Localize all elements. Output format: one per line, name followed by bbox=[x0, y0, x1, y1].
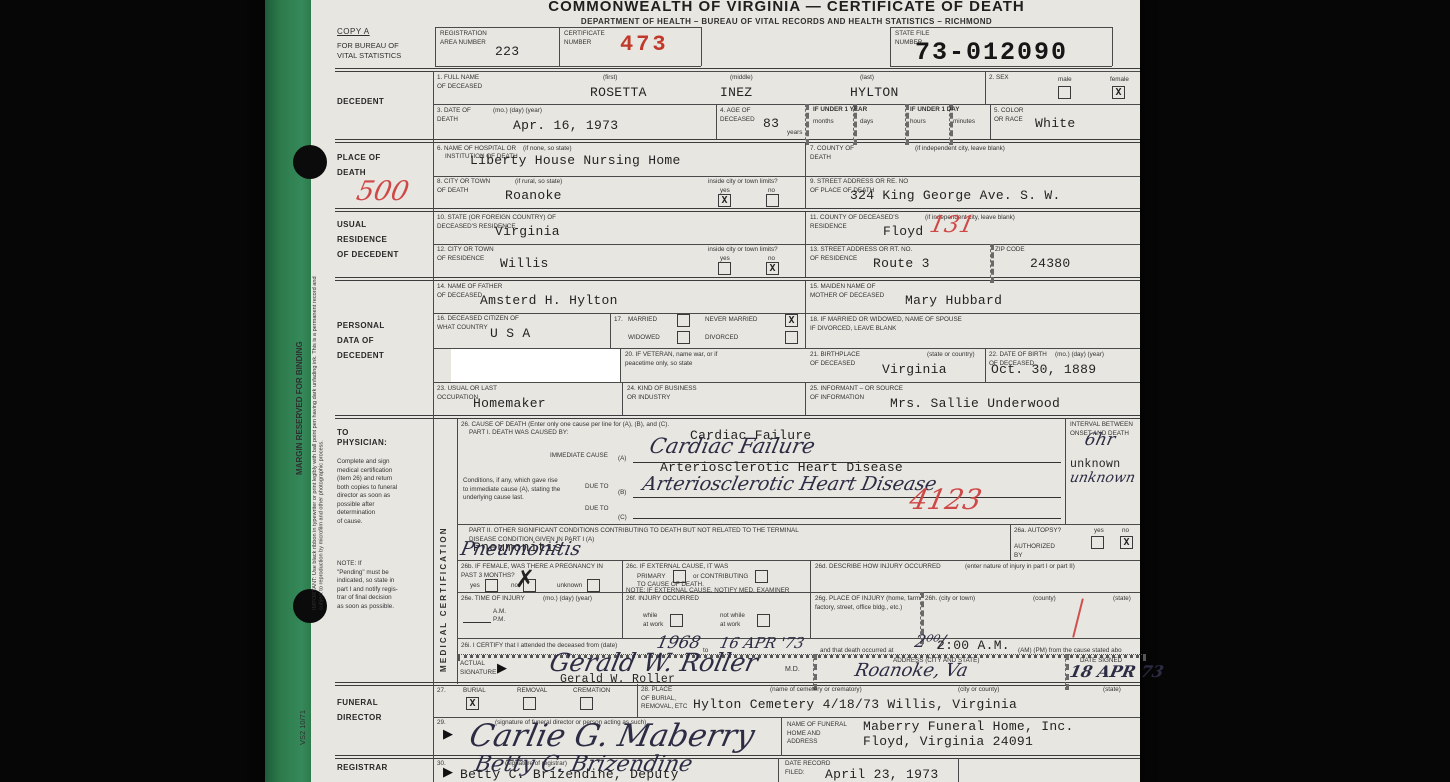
certificate-number-label: CERTIFICATE NUMBER bbox=[564, 30, 605, 47]
field18-label: 18. IF MARRIED OR WIDOWED, NAME OF SPOUS… bbox=[810, 316, 962, 333]
time-pm-label: P.M. bbox=[493, 616, 505, 625]
while-at-work-label: while at work bbox=[643, 612, 663, 629]
field12-label: 12. CITY OR TOWN OF RESIDENCE bbox=[437, 246, 494, 263]
field21-label: 21. BIRTHPLACE OF DECEASED bbox=[810, 351, 860, 368]
under-day-label: IF UNDER 1 DAY bbox=[910, 106, 959, 115]
autopsy-no-label: no bbox=[1122, 527, 1129, 536]
city-of-death-value: Roanoke bbox=[505, 188, 562, 203]
zip-label: ZIP CODE bbox=[995, 246, 1025, 255]
sex-female-label: female bbox=[1110, 76, 1129, 85]
field5-label: 5. COLOR OR RACE bbox=[994, 107, 1023, 124]
while-at-work-checkbox bbox=[670, 614, 683, 627]
field28-hint3: (state) bbox=[1103, 686, 1121, 695]
sex-male-label: male bbox=[1058, 76, 1072, 85]
part2-handwritten: Pneumonitis bbox=[459, 538, 583, 560]
never-married-checkbox: X bbox=[785, 314, 798, 327]
side-physician-note: Complete and sign medical certification … bbox=[337, 458, 432, 526]
contributing-checkbox bbox=[755, 570, 768, 583]
not-while-at-work-checkbox bbox=[757, 614, 770, 627]
scan-background: MARGIN RESERVED FOR BINDING IMPORTANT: U… bbox=[0, 0, 1450, 782]
actual-signature-label: ACTUAL SIGNATURE bbox=[460, 660, 496, 677]
autopsy-yes-label: yes bbox=[1094, 527, 1104, 536]
last-name-value: HYLTON bbox=[850, 85, 899, 100]
due-to-c-label: DUE TO bbox=[585, 505, 609, 514]
cause-b-handwritten: Arteriosclerotic Heart Disease bbox=[641, 473, 939, 495]
field26d-label: 26d. DESCRIBE HOW INJURY OCCURRED bbox=[815, 563, 941, 572]
divorced-label: DIVORCED bbox=[705, 334, 738, 343]
field1-label: 1. FULL NAME OF DECEASED bbox=[437, 74, 482, 91]
informant-value: Mrs. Sallie Underwood bbox=[890, 396, 1060, 411]
field26e-hints: (mo.) (day) (year) bbox=[543, 595, 592, 604]
removal-label: REMOVAL bbox=[517, 687, 547, 696]
funeral-home-value: Maberry Funeral Home, Inc. Floyd, Virgin… bbox=[863, 719, 1074, 749]
margin-important-text: IMPORTANT: Use black ribbon in typewrite… bbox=[312, 275, 326, 610]
date-filed-label: DATE RECORD FILED: bbox=[785, 760, 830, 777]
certificate-subtitle: DEPARTMENT OF HEALTH – BUREAU OF VITAL R… bbox=[433, 17, 1140, 27]
field3-hints: (mo.) (day) (year) bbox=[493, 107, 542, 116]
due-to-b-label: DUE TO bbox=[585, 483, 609, 492]
funeral-home-label: NAME OF FUNERAL HOME AND ADDRESS bbox=[787, 721, 847, 747]
signature-pointer-icon: ▶ bbox=[497, 660, 507, 676]
date-of-birth-value: Oct. 30, 1889 bbox=[991, 362, 1096, 377]
field1-middle-hint: (middle) bbox=[730, 74, 753, 83]
field21-hint: (state or country) bbox=[927, 351, 975, 360]
autopsy-authorized-label: AUTHORIZED BY bbox=[1014, 543, 1055, 560]
res-limits-yes-checkbox bbox=[718, 262, 731, 275]
side-pending-note: NOTE: If "Pending" must be indicated, so… bbox=[337, 560, 432, 611]
field25-label: 25. INFORMANT – OR SOURCE OF INFORMATION bbox=[810, 385, 903, 402]
side-to-physician: TO PHYSICIAN: bbox=[337, 428, 387, 449]
injury-state-hint: (state) bbox=[1113, 595, 1131, 604]
hole-punch-top bbox=[293, 145, 327, 179]
side-decedent: DECEDENT bbox=[337, 94, 384, 109]
side-funeral-director: FUNERAL DIRECTOR bbox=[337, 695, 382, 725]
cause-c-tag: (C) bbox=[618, 514, 627, 523]
registration-area-value: 223 bbox=[495, 44, 519, 59]
date-of-death-value: Apr. 16, 1973 bbox=[513, 118, 618, 133]
father-name-value: Amsterd H. Hylton bbox=[480, 293, 618, 308]
first-name-value: ROSETTA bbox=[590, 85, 647, 100]
field8-hint: (if rural, so state) bbox=[515, 178, 562, 187]
preg-no-handwritten-x: ✗ bbox=[515, 565, 535, 593]
funeral-director-pointer-icon: ▶ bbox=[443, 726, 453, 742]
field26g-label: 26g. PLACE OF INJURY (home, farm factory… bbox=[815, 595, 920, 612]
res-limits-no-checkbox: X bbox=[766, 262, 779, 275]
death-limits-yes-checkbox: X bbox=[718, 194, 731, 207]
field28-hint2: (city or county) bbox=[958, 686, 999, 695]
certificate-number-stamp: 473 bbox=[620, 32, 669, 57]
field7-label: 7. COUNTY OF DEATH bbox=[810, 145, 854, 162]
field20-label: 20. IF VETERAN, name war, or if peacetim… bbox=[625, 351, 717, 368]
never-married-label: NEVER MARRIED bbox=[705, 316, 757, 325]
field15-label: 15. MAIDEN NAME OF MOTHER OF DECEASED bbox=[810, 283, 884, 300]
cause-a-handwritten: Cardiac Failure bbox=[647, 434, 817, 458]
field28-label: 28. PLACE OF BURIAL, REMOVAL, ETC bbox=[641, 686, 687, 712]
field26d-hint: (enter nature of injury in part I or par… bbox=[965, 563, 1075, 572]
address-handwritten: Roanoke, Va bbox=[853, 660, 970, 681]
hospital-value: Liberty House Nursing Home bbox=[470, 153, 681, 168]
side-registrar: REGISTRAR bbox=[337, 760, 388, 775]
binding-margin-strip bbox=[265, 0, 311, 782]
injury-county-hint: (county) bbox=[1033, 595, 1056, 604]
registration-area-label: REGISTRATION AREA NUMBER bbox=[440, 30, 487, 47]
divorced-checkbox bbox=[785, 331, 798, 344]
burial-label: BURIAL bbox=[463, 687, 486, 696]
copy-for-label: FOR BUREAU OF VITAL STATISTICS bbox=[337, 41, 401, 61]
interval-a-handwritten: 6hr bbox=[1083, 430, 1117, 450]
field1-last-hint: (last) bbox=[860, 74, 874, 83]
redaction-box bbox=[451, 349, 620, 382]
cause-b-tag: (B) bbox=[618, 489, 626, 498]
middle-name-value: INEZ bbox=[720, 85, 752, 100]
form-number: VS2 10/71 bbox=[298, 685, 307, 745]
color-race-value: White bbox=[1035, 116, 1076, 131]
registrar-signature-typed: Betty C. Brizendine, Deputy bbox=[460, 767, 679, 782]
injury-county-red-slash bbox=[1072, 598, 1084, 637]
death-limits-label: inside city or town limits? bbox=[708, 178, 778, 187]
age-value: 83 bbox=[763, 116, 779, 131]
medical-certification-vertical-label: M E D I C A L C E R T I F I C A T I O N bbox=[439, 432, 448, 672]
autopsy-yes-checkbox bbox=[1091, 536, 1104, 549]
immediate-cause-label: IMMEDIATE CAUSE bbox=[550, 452, 608, 461]
side-usual-residence: USUAL RESIDENCE OF DECEDENT bbox=[337, 217, 399, 263]
mother-name-value: Mary Hubbard bbox=[905, 293, 1002, 308]
zip-value: 24380 bbox=[1030, 256, 1071, 271]
death-time-typed: 2:00 A.M. bbox=[937, 638, 1010, 653]
death-limits-no-checkbox bbox=[766, 194, 779, 207]
residence-state-value: Virginia bbox=[495, 224, 560, 239]
res-limits-label: inside city or town limits? bbox=[708, 246, 778, 255]
burial-place-value: Hylton Cemetery 4/18/73 Willis, Virginia bbox=[693, 697, 1017, 712]
field28-hint1: (name of cemetery or crematory) bbox=[770, 686, 862, 695]
field26a-label: 26a. AUTOPSY? bbox=[1014, 527, 1061, 536]
under-year-days: days bbox=[860, 118, 873, 127]
field8-label: 8. CITY OR TOWN OF DEATH bbox=[437, 178, 490, 195]
removal-checkbox bbox=[523, 697, 536, 710]
married-checkbox bbox=[677, 314, 690, 327]
date-signed-handwritten: 18 APR 73 bbox=[1068, 662, 1165, 681]
married-label: MARRIED bbox=[628, 316, 657, 325]
cause-code-annotation: 4123 bbox=[906, 483, 984, 516]
widowed-label: WIDOWED bbox=[628, 334, 660, 343]
copy-label: COPY A bbox=[337, 27, 370, 37]
place-code-annotation: 500 bbox=[354, 176, 412, 207]
sex-male-checkbox bbox=[1058, 86, 1071, 99]
state-file-value: 73-012090 bbox=[915, 38, 1068, 67]
certificate-title: COMMONWEALTH OF VIRGINIA — CERTIFICATE O… bbox=[433, 0, 1140, 17]
under-day-hours: hours bbox=[910, 118, 926, 127]
cremation-label: CREMATION bbox=[573, 687, 610, 696]
cremation-checkbox bbox=[580, 697, 593, 710]
field26f-label: 26f. INJURY OCCURRED bbox=[626, 595, 699, 604]
cause-a-tag: (A) bbox=[618, 455, 626, 464]
birthplace-value: Virginia bbox=[882, 362, 947, 377]
preg-unknown-label: unknown bbox=[557, 582, 582, 591]
not-while-at-work-label: not while at work bbox=[720, 612, 745, 629]
certificate-paper: MARGIN RESERVED FOR BINDING IMPORTANT: U… bbox=[265, 0, 1140, 782]
under-year-label: IF UNDER 1 YEAR bbox=[813, 106, 867, 115]
preg-unknown-checkbox bbox=[587, 579, 600, 592]
registrar-pointer-icon: ▶ bbox=[443, 764, 453, 780]
field2-label: 2. SEX bbox=[989, 74, 1009, 83]
field3-label: 3. DATE OF DEATH bbox=[437, 107, 471, 124]
sex-female-checkbox: X bbox=[1112, 86, 1125, 99]
md-label: M.D. bbox=[785, 665, 800, 674]
under-year-months: months bbox=[813, 118, 834, 127]
residence-street-value: Route 3 bbox=[873, 256, 930, 271]
autopsy-no-checkbox: X bbox=[1120, 536, 1133, 549]
county-code-annotation: 131 bbox=[927, 212, 976, 238]
widowed-checkbox bbox=[677, 331, 690, 344]
preg-yes-checkbox bbox=[485, 579, 498, 592]
field26-label2: PART I. DEATH WAS CAUSED BY: bbox=[469, 429, 568, 438]
field24-label: 24. KIND OF BUSINESS OR INDUSTRY bbox=[627, 385, 697, 402]
field22-hint: (mo.) (day) (year) bbox=[1055, 351, 1104, 360]
residence-city-value: Willis bbox=[500, 256, 549, 271]
field26h-label: 26h. (city or town) bbox=[925, 595, 975, 604]
physician-signature-typed: Gerald W. Roller bbox=[560, 673, 675, 686]
field7-hint: (if independent city, leave blank) bbox=[915, 145, 1005, 154]
margin-binding-text: MARGIN RESERVED FOR BINDING bbox=[295, 290, 304, 475]
occupation-value: Homemaker bbox=[473, 396, 546, 411]
field1-first-hint: (first) bbox=[603, 74, 617, 83]
burial-checkbox: X bbox=[466, 697, 479, 710]
date-filed-value: April 23, 1973 bbox=[825, 767, 938, 782]
funeral-director-signature: Carlie G. Maberry bbox=[466, 718, 758, 754]
field17-num: 17. bbox=[614, 316, 623, 325]
field4-label: 4. AGE OF DECEASED bbox=[720, 107, 755, 124]
preg-yes-label: yes bbox=[470, 582, 480, 591]
age-years-hint: years bbox=[787, 129, 802, 138]
interval-b-handwritten: unknown bbox=[1068, 470, 1136, 486]
side-personal-data: PERSONAL DATA OF DECEDENT bbox=[337, 318, 385, 364]
under-day-minutes: minutes bbox=[953, 118, 975, 127]
conditions-note: Conditions, if any, which gave rise to i… bbox=[463, 477, 573, 503]
street-of-death-value: 324 King George Ave. S. W. bbox=[850, 188, 1061, 203]
field26e-label: 26e. TIME OF INJURY bbox=[461, 595, 525, 604]
residence-county-value: Floyd bbox=[883, 224, 924, 239]
field27-num: 27. bbox=[437, 687, 446, 696]
citizen-value: U S A bbox=[490, 326, 531, 341]
